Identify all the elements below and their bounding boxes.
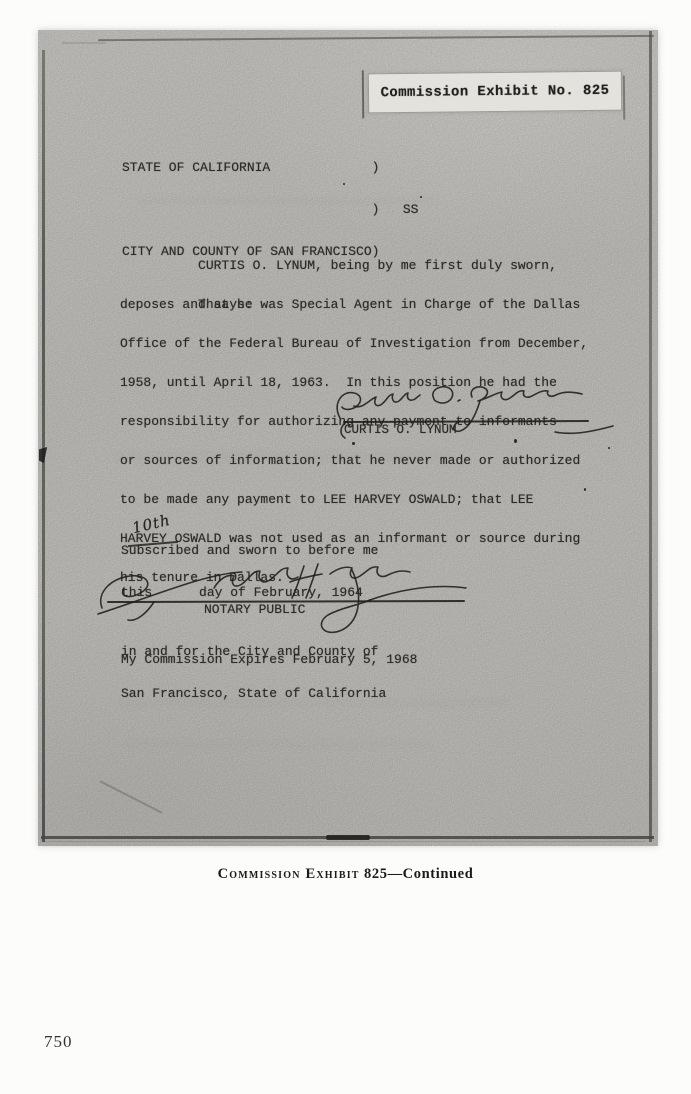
affidavit-body-line: 1958, until April 18, 1963. In this posi… xyxy=(120,376,588,389)
scanned-document-view: Commission Exhibit No. 825 STATE OF CALI… xyxy=(0,0,691,1094)
affidavit-body-line: That he was Special Agent in Charge of t… xyxy=(120,298,588,311)
page-scan: Commission Exhibit No. 825 STATE OF CALI… xyxy=(38,30,658,846)
scan-edge-notch xyxy=(39,447,48,463)
affiant-typed-name: CURTIS O. LYNUM xyxy=(344,424,457,437)
scan-edge-bottom-fragment xyxy=(46,841,646,842)
venue-line: ) SS xyxy=(122,203,418,217)
scan-edge-bottom xyxy=(41,836,654,839)
scan-edge-top xyxy=(98,35,654,41)
exhibit-stamp-label: Commission Exhibit No. 825 xyxy=(381,83,610,101)
affidavit-intro-line: CURTIS O. LYNUM, being by me first duly … xyxy=(120,259,557,272)
exhibit-stamp: Commission Exhibit No. 825 xyxy=(368,71,622,114)
notary-jurisdiction-line: San Francisco, State of California xyxy=(121,687,386,701)
scan-scratch-mark xyxy=(99,780,162,814)
affidavit-body-line: to be made any payment to LEE HARVEY OSW… xyxy=(120,493,588,506)
page-number: 750 xyxy=(44,1032,73,1052)
commission-expiry-line: My Commission Expires February 5, 1968 xyxy=(121,653,417,666)
footer-caption-rest: 825—Continued xyxy=(364,866,473,882)
footer-caption-smallcaps: Commission Exhibit xyxy=(218,866,360,882)
notary-title: NOTARY PUBLIC xyxy=(204,603,305,616)
stamp-edge-tick xyxy=(623,76,625,120)
dust-speck xyxy=(608,447,610,449)
scan-edge-right xyxy=(649,31,652,842)
bleedthrough-smudge xyxy=(122,740,432,749)
scan-edge-top-fragment xyxy=(62,42,106,44)
venue-line: STATE OF CALIFORNIA ) xyxy=(122,161,418,175)
jurat-line: Subscribed and sworn to before me xyxy=(121,544,378,558)
footer-caption: Commission Exhibit825—Continued xyxy=(0,866,691,883)
notary-jurisdiction: in and for the City and County of San Fr… xyxy=(121,617,386,729)
dust-speck xyxy=(420,196,422,198)
affidavit-body-line: Office of the Federal Bureau of Investig… xyxy=(120,337,588,350)
affidavit-body-line: or sources of information; that he never… xyxy=(120,454,588,467)
jurat-line: this day of February, 1964 xyxy=(121,586,378,600)
scan-edge-ink-blob xyxy=(326,835,370,840)
stamp-edge-tick xyxy=(362,70,365,118)
scan-edge-left xyxy=(42,50,45,842)
